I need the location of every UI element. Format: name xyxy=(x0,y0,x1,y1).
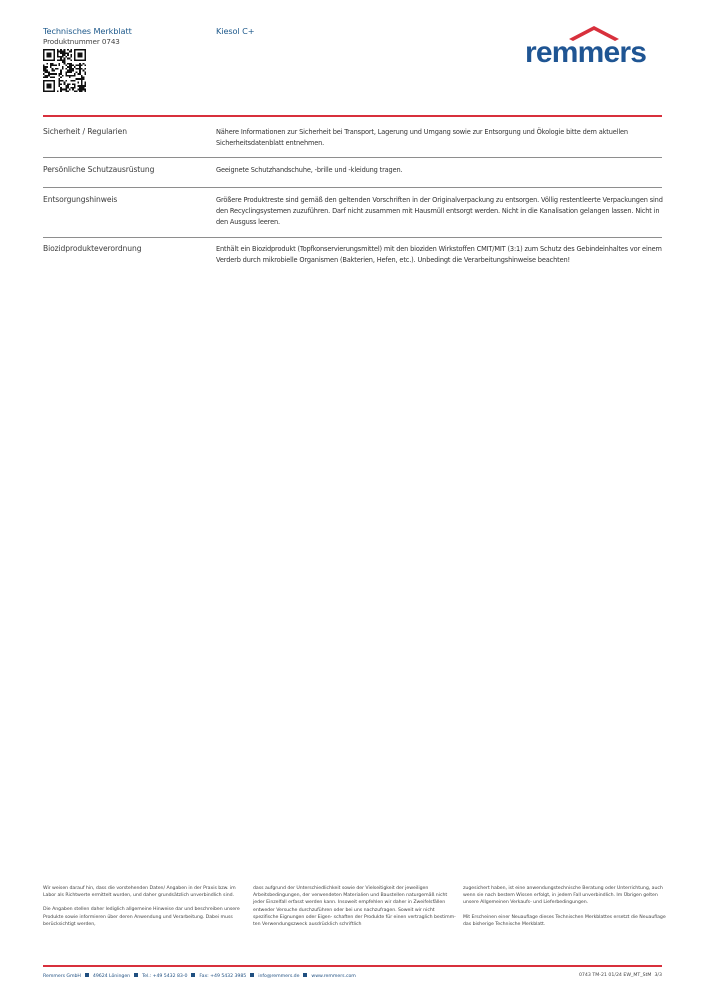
footer-divider xyxy=(43,965,662,967)
logo-wordmark: remmers xyxy=(525,38,646,68)
section-label: Persönliche Schutzausrüstung xyxy=(43,165,154,174)
section-text: Enthält ein Biozidprodukt (Topfkonservie… xyxy=(216,244,666,266)
square-bullet-icon xyxy=(250,973,254,977)
row-divider xyxy=(43,187,662,188)
square-bullet-icon xyxy=(303,973,307,977)
section-text: Geeignete Schutzhandschuhe, -brille und … xyxy=(216,165,666,176)
disclaimer-paragraph: zugesichert haben, ist eine anwendungste… xyxy=(463,885,668,907)
company-name: Remmers GmbH xyxy=(43,974,81,979)
qr-code-icon xyxy=(43,49,86,92)
document-type: Technisches Merkblatt xyxy=(43,26,132,36)
document-code: 0743 TM-21 01/24 EW_MT_StM 3/3 xyxy=(579,973,662,978)
footer-contact: Remmers GmbH49624 LöningenTel.: +49 5432… xyxy=(43,973,356,979)
section-text: Nähere Informationen zur Sicherheit bei … xyxy=(216,127,666,149)
company-fax: Fax: +49 5432 3985 xyxy=(199,974,246,979)
company-phone: Tel.: +49 5432 83-0 xyxy=(142,974,187,979)
square-bullet-icon xyxy=(85,973,89,977)
disclaimer-paragraph: Mit Erscheinen einer Neuauflage dieses T… xyxy=(463,914,668,928)
disclaimer-column-1: Wir weisen darauf hin, dass die vorstehe… xyxy=(43,885,248,935)
header-divider xyxy=(43,115,662,117)
product-name: Kiesol C+ xyxy=(216,26,255,36)
disclaimer-paragraph: Wir weisen darauf hin, dass die vorstehe… xyxy=(43,885,248,899)
doc-code-text: 0743 TM-21 01/24 EW_MT_StM xyxy=(579,973,652,978)
square-bullet-icon xyxy=(191,973,195,977)
company-email-link[interactable]: info@remmers.de xyxy=(258,974,299,979)
disclaimer-column-2: dass aufgrund der Unterschiedlichkeit so… xyxy=(253,885,458,935)
page-number: 3/3 xyxy=(654,973,662,978)
disclaimer-column-3: zugesichert haben, ist eine anwendungste… xyxy=(463,885,668,935)
row-divider xyxy=(43,237,662,238)
section-label: Entsorgungshinweis xyxy=(43,195,117,204)
remmers-logo: remmers xyxy=(525,25,665,73)
product-number: Produktnummer 0743 xyxy=(43,37,120,46)
square-bullet-icon xyxy=(134,973,138,977)
company-website-link[interactable]: www.remmers.com xyxy=(311,974,355,979)
section-label: Sicherheit / Regularien xyxy=(43,127,127,136)
disclaimer-paragraph: Die Angaben stellen daher lediglich allg… xyxy=(43,906,248,928)
section-text: Größere Produktreste sind gemäß den gelt… xyxy=(216,195,666,229)
company-address: 49624 Löningen xyxy=(93,974,130,979)
section-label: Biozidprodukteverordnung xyxy=(43,244,141,253)
disclaimer-paragraph: dass aufgrund der Unterschiedlichkeit so… xyxy=(253,885,458,928)
row-divider xyxy=(43,157,662,158)
